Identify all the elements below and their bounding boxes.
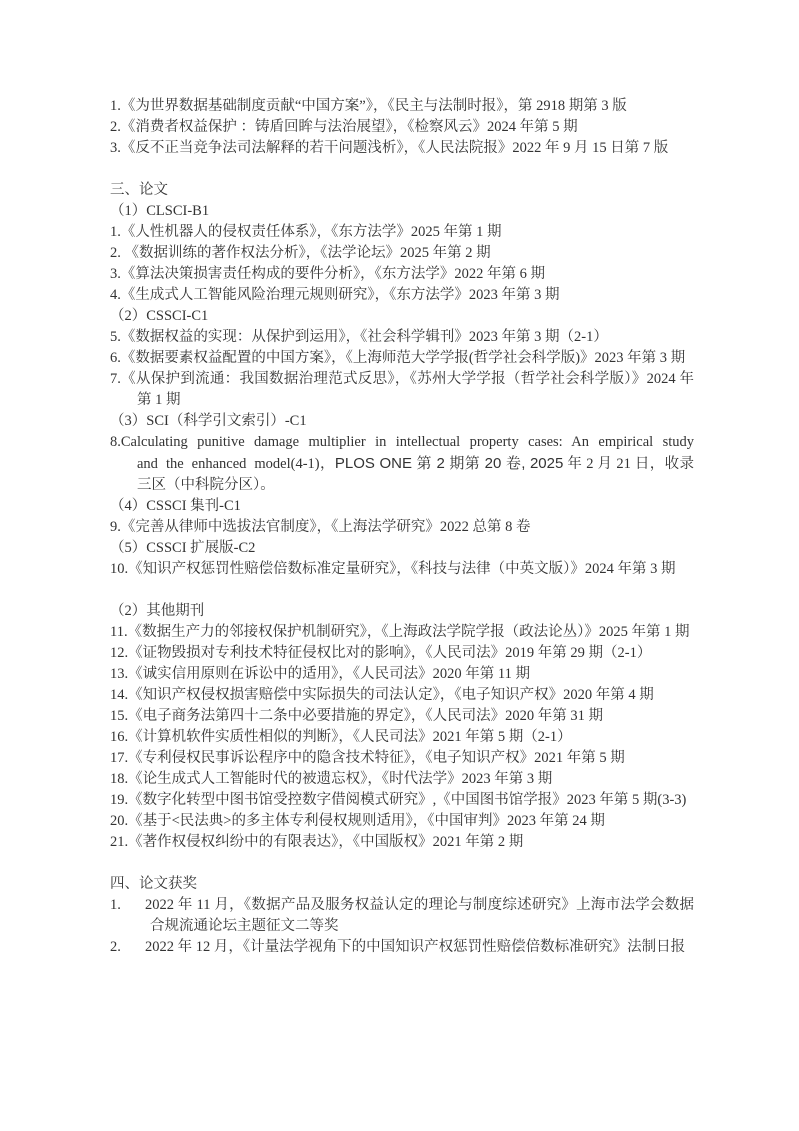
publication-item: 20.《基于<民法典>的多主体专利侵权规则适用》，《中国审判》2023 年第 2…: [110, 811, 694, 832]
publication-item: 2. 《数据训练的著作权法分析》，《法学论坛》2025 年第 2 期: [110, 243, 694, 264]
publication-item: 6.《数据要素权益配置的中国方案》，《上海师范大学学报(哲学社会科学版)》202…: [110, 348, 694, 369]
journal-name-plos-one: PLOS ONE 第 2 期第 20 卷, 2025: [335, 455, 563, 472]
publication-item: 18.《论生成式人工智能时代的被遗忘权》，《时代法学》2023 年第 3 期: [110, 769, 694, 790]
publication-item: 21.《著作权侵权纠纷中的有限表达》，《中国版权》2021 年第 2 期: [110, 832, 694, 853]
subsection-label-other-journals: （2）其他期刊: [110, 601, 694, 622]
publication-item: 1.《人性机器人的侵权责任体系》，《东方法学》2025 年第 1 期: [110, 222, 694, 243]
publication-item: 13.《诚实信用原则在诉讼中的适用》，《人民司法》2020 年第 11 期: [110, 664, 694, 685]
publication-item: 14.《知识产权侵权损害赔偿中实际损失的司法认定》，《电子知识产权》2020 年…: [110, 685, 694, 706]
subsection-label-clsci: （1）CLSCI-B1: [110, 201, 694, 222]
subsection-label-sci: （3）SCI（科学引文索引）-C1: [110, 411, 694, 432]
subsection-label-cssci: （2）CSSCI-C1: [110, 306, 694, 327]
publication-item: 9.《完善从律师中选拔法官制度》，《上海法学研究》2022 总第 8 卷: [110, 517, 694, 538]
publication-item: 17.《专利侵权民事诉讼程序中的隐含技术特征》，《电子知识产权》2021 年第 …: [110, 748, 694, 769]
award-number: 2.: [110, 937, 145, 958]
award-text: 2022 年 11 月，《数据产品及服务权益认定的理论与制度综述研究》上海市法学…: [145, 897, 694, 934]
award-item: 1.2022 年 11 月，《数据产品及服务权益认定的理论与制度综述研究》上海市…: [110, 895, 694, 937]
publication-item: 3.《算法决策损害责任构成的要件分析》，《东方法学》2022 年第 6 期: [110, 264, 694, 285]
document-body: 1.《为世界数据基础制度贡献“中国方案”》，《民主与法制时报》，第 2918 期…: [110, 96, 694, 958]
award-number: 1.: [110, 895, 145, 916]
publication-item-english: 8.Calculating punitive damage multiplier…: [110, 432, 694, 496]
publication-item: 5.《数据权益的实现：从保护到运用》，《社会科学辑刊》2023 年第 3 期（2…: [110, 327, 694, 348]
award-text: 2022 年 12 月，《计量法学视角下的中国知识产权惩罚性赔偿倍数标准研究》法…: [145, 939, 685, 955]
publication-item: 1.《为世界数据基础制度贡献“中国方案”》，《民主与法制时报》，第 2918 期…: [110, 96, 694, 117]
award-item: 2.2022 年 12 月，《计量法学视角下的中国知识产权惩罚性赔偿倍数标准研究…: [110, 937, 694, 958]
subsection-label-cssci-extended: （5）CSSCI 扩展版-C2: [110, 538, 694, 559]
section-heading-awards: 四、论文获奖: [110, 874, 694, 895]
publication-item: 4.《生成式人工智能风险治理元规则研究》，《东方法学》2023 年第 3 期: [110, 285, 694, 306]
document-page: 1.《为世界数据基础制度贡献“中国方案”》，《民主与法制时报》，第 2918 期…: [0, 0, 799, 1131]
publication-item: 12.《证物毁损对专利技术特征侵权比对的影响》，《人民司法》2019 年第 29…: [110, 643, 694, 664]
publication-item: 15.《电子商务法第四十二条中必要措施的界定》，《人民司法》2020 年第 31…: [110, 706, 694, 727]
publication-item: 7.《从保护到流通：我国数据治理范式反思》，《苏州大学学报（哲学社会科学版）》2…: [110, 369, 694, 411]
publication-item: 16.《计算机软件实质性相似的判断》，《人民司法》2021 年第 5 期（2-1…: [110, 727, 694, 748]
publication-item: 3.《反不正当竞争法司法解释的若干问题浅析》，《人民法院报》2022 年 9 月…: [110, 138, 694, 159]
section-heading-papers: 三、论文: [110, 180, 694, 201]
publication-item: 2.《消费者权益保护 ：铸盾回眸与法治展望》，《检察风云》2024 年第 5 期: [110, 117, 694, 138]
subsection-label-cssci-jikan: （4）CSSCI 集刊-C1: [110, 496, 694, 517]
publication-item: 19.《数字化转型中图书馆受控数字借阅模式研究》,《中国图书馆学报》2023 年…: [110, 790, 694, 811]
publication-item: 10.《知识产权惩罚性赔偿倍数标准定量研究》，《科技与法律（中英文版）》2024…: [110, 559, 694, 580]
publication-item: 11.《数据生产力的邻接权保护机制研究》，《上海政法学院学报（政法论丛）》202…: [110, 622, 694, 643]
